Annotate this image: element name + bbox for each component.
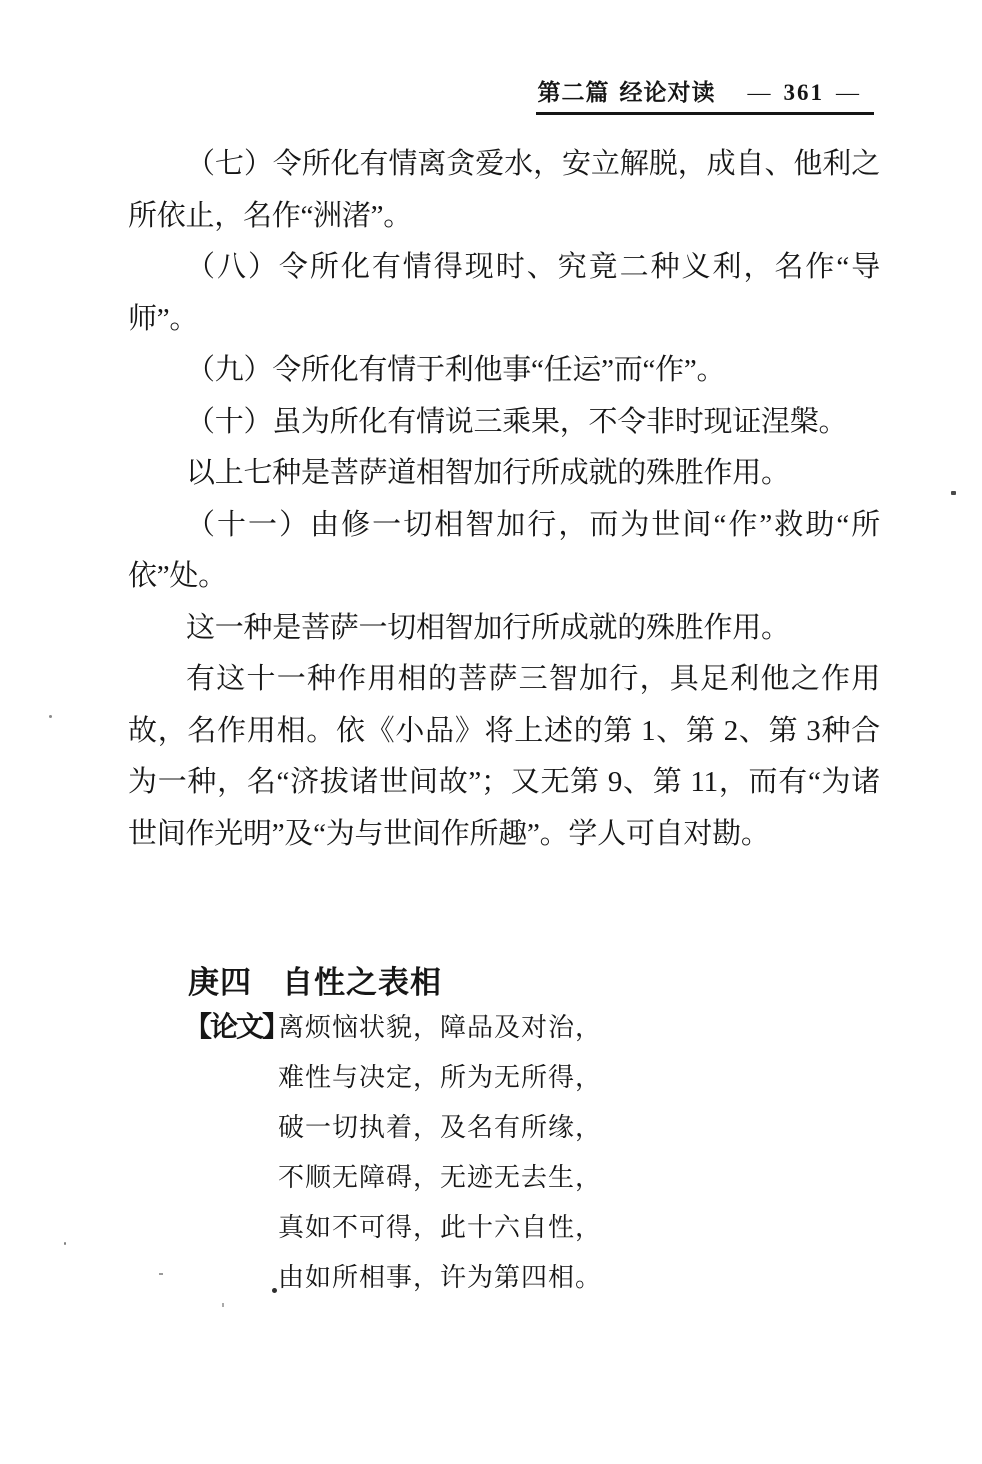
scan-artifact <box>64 1242 66 1245</box>
scan-artifact <box>159 1273 163 1275</box>
section-heading: 庚四自性之表相 <box>188 957 442 1002</box>
paragraph-7: （七）令所化有情离贪爱水，安立解脱，成自、他利之所依止，名作“洲渚”。 <box>128 139 880 242</box>
verse-block: 【论文】 离烦恼状貌，障品及对治， 难性与决定，所为无所得， 破一切执着，及名有… <box>184 1003 602 1303</box>
running-head-chapter: 经论对读 <box>620 80 716 105</box>
running-head-dash-left: — <box>748 80 772 105</box>
verse-line-3: 破一切执着，及名有所缘， <box>278 1103 602 1153</box>
running-head-section: 第二篇 <box>538 80 610 105</box>
paragraph-summary-seven: 以上七种是菩萨道相智加行所成就的殊胜作用。 <box>128 448 880 500</box>
verse-line-5: 真如不可得，此十六自性， <box>278 1203 602 1253</box>
page-number: 361 <box>784 80 825 105</box>
paragraph-10: （十）虽为所化有情说三乘果，不令非时现证涅槃。 <box>128 397 880 449</box>
paragraph-commentary: 有这十一种作用相的菩萨三智加行，具足利他之作用故，名作用相。依《小品》将上述的第… <box>128 654 880 860</box>
paragraph-8: （八）令所化有情得现时、究竟二种义利，名作“导师”。 <box>128 242 880 345</box>
paragraph-summary-one: 这一种是菩萨一切相智加行所成就的殊胜作用。 <box>128 603 880 655</box>
paragraph-11: （十一）由修一切相智加行，而为世间“作”救助“所依”处。 <box>128 500 880 603</box>
scan-artifact <box>951 491 956 495</box>
verse-line-6: 由如所相事，许为第四相。 <box>278 1253 602 1303</box>
verse-line-1: 离烦恼状貌，障品及对治， <box>278 1003 602 1053</box>
section-heading-number: 庚四 <box>188 965 252 1000</box>
section-heading-title: 自性之表相 <box>282 965 442 1000</box>
body-text: （七）令所化有情离贪爱水，安立解脱，成自、他利之所依止，名作“洲渚”。 （八）令… <box>128 139 880 860</box>
running-head-dash-right: — <box>836 80 860 105</box>
verse-line-2: 难性与决定，所为无所得， <box>278 1053 602 1103</box>
verse-lines: 离烦恼状貌，障品及对治， 难性与决定，所为无所得， 破一切执着，及名有所缘， 不… <box>278 1003 602 1303</box>
book-page: 第二篇经论对读—361— （七）令所化有情离贪爱水，安立解脱，成自、他利之所依止… <box>0 0 982 1464</box>
scan-artifact <box>272 1288 277 1293</box>
paragraph-9: （九）令所化有情于利他事“任运”而“作”。 <box>128 345 880 397</box>
running-head: 第二篇经论对读—361— <box>536 74 875 115</box>
scan-artifact <box>222 1303 224 1307</box>
verse-line-4: 不顺无障碍，无迹无去生， <box>278 1153 602 1203</box>
scan-artifact <box>49 715 52 718</box>
verse-label: 【论文】 <box>184 1003 278 1053</box>
